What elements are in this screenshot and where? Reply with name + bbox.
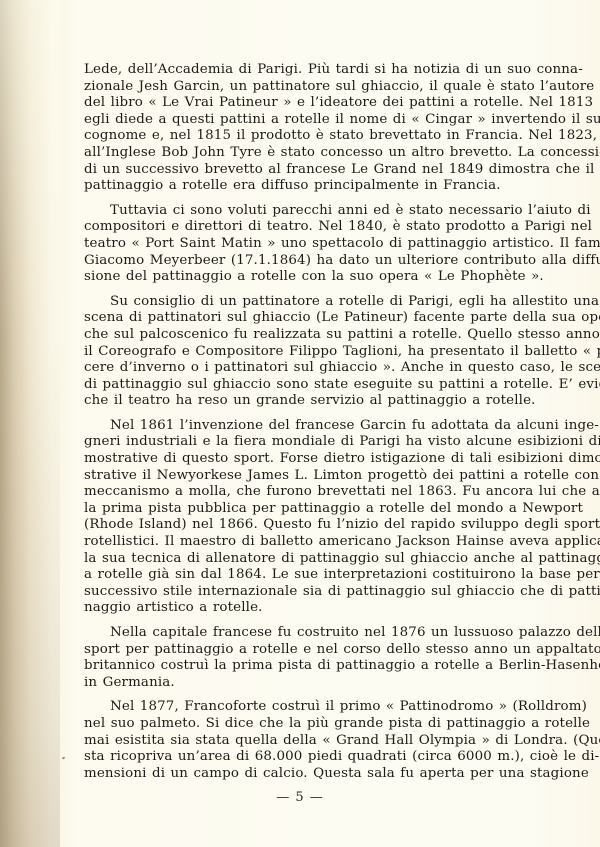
text-line: pattinaggio a rotelle era diffuso princi… [84, 178, 524, 195]
text-line: (Rhode Island) nel 1866. Questo fu l’niz… [84, 517, 524, 534]
text-line: egli diede a questi pattini a rotelle il… [84, 112, 524, 129]
text-line: di pattinaggio sul ghiaccio sono state e… [84, 377, 524, 394]
text-line: Giacomo Meyerbeer (17.1.1864) ha dato un… [84, 253, 524, 270]
text-line: mostrative di questo sport. Forse dietro… [84, 451, 524, 468]
text-line: che sul palcoscenico fu realizzata su pa… [84, 327, 524, 344]
text-line: Lede, dell’Accademia di Parigi. Più tard… [84, 62, 524, 79]
text-line: il Coreografo e Compositore Filippo Tagl… [84, 344, 524, 361]
page-number: — 5 — [0, 790, 600, 805]
text-line: in Germania. [84, 675, 524, 692]
text-line: Su consiglio di un pattinatore a rotelle… [84, 294, 524, 311]
text-line: Nella capitale francese fu costruito nel… [84, 625, 524, 642]
text-line: di un successivo brevetto al francese Le… [84, 162, 524, 179]
book-page: Lede, dell’Accademia di Parigi. Più tard… [0, 0, 600, 847]
text-line: Nel 1861 l’invenzione del francese Garci… [84, 418, 524, 435]
text-line: teatro « Port Saint Matin » uno spettaco… [84, 236, 524, 253]
text-line: all’Inglese Bob John Tyre è stato conces… [84, 145, 524, 162]
text-line: mai esistita sia stata quella della « Gr… [84, 733, 524, 750]
text-line: nel suo palmeto. Si dice che la più gran… [84, 716, 524, 733]
text-line: britannico costruì la prima pista di pat… [84, 658, 524, 675]
paragraph: Su consiglio di un pattinatore a rotelle… [84, 294, 524, 410]
paragraph: Nel 1877, Francoforte costruì il primo «… [84, 699, 524, 782]
paragraph: Lede, dell’Accademia di Parigi. Più tard… [84, 62, 524, 195]
text-line: compositori e direttori di teatro. Nel 1… [84, 219, 524, 236]
text-line: la prima pista pubblica per pattinaggio … [84, 501, 524, 518]
text-line: strative il Newyorkese James L. Limton p… [84, 468, 524, 485]
paragraph: Nel 1861 l’invenzione del francese Garci… [84, 418, 524, 617]
text-line: sione del pattinaggio a rotelle con la s… [84, 269, 524, 286]
scan-speck [62, 756, 66, 759]
text-line: cere d’inverno o i pattinatori sul ghiac… [84, 360, 524, 377]
text-line: sport per pattinaggio a rotelle e nel co… [84, 642, 524, 659]
text-line: del libro « Le Vrai Patineur » e l’ideat… [84, 95, 524, 112]
text-line: sta ricopriva un’area di 68.000 piedi qu… [84, 749, 524, 766]
text-line: scena di pattinatori sul ghiaccio (Le Pa… [84, 310, 524, 327]
text-line: che il teatro ha reso un grande servizio… [84, 393, 524, 410]
text-line: cognome e, nel 1815 il prodotto è stato … [84, 128, 524, 145]
text-line: mensioni di un campo di calcio. Questa s… [84, 766, 524, 783]
text-line: rotellistici. Il maestro di balletto ame… [84, 534, 524, 551]
body-text: Lede, dell’Accademia di Parigi. Più tard… [84, 62, 524, 790]
paragraph: Tuttavia ci sono voluti parecchi anni ed… [84, 203, 524, 286]
paragraph: Nella capitale francese fu costruito nel… [84, 625, 524, 691]
text-line: gneri industriali e la fiera mondiale di… [84, 434, 524, 451]
text-line: meccanismo a molla, che furono brevettat… [84, 484, 524, 501]
text-line: Nel 1877, Francoforte costruì il primo «… [84, 699, 524, 716]
text-line: la sua tecnica di allenatore di pattinag… [84, 551, 524, 568]
text-line: successivo stile internazionale sia di p… [84, 584, 524, 601]
text-line: Tuttavia ci sono voluti parecchi anni ed… [84, 203, 524, 220]
text-line: naggio artistico a rotelle. [84, 600, 524, 617]
text-line: zionale Jesh Garcin, un pattinatore sul … [84, 79, 524, 96]
text-line: a rotelle già sin dal 1864. Le sue inter… [84, 567, 524, 584]
